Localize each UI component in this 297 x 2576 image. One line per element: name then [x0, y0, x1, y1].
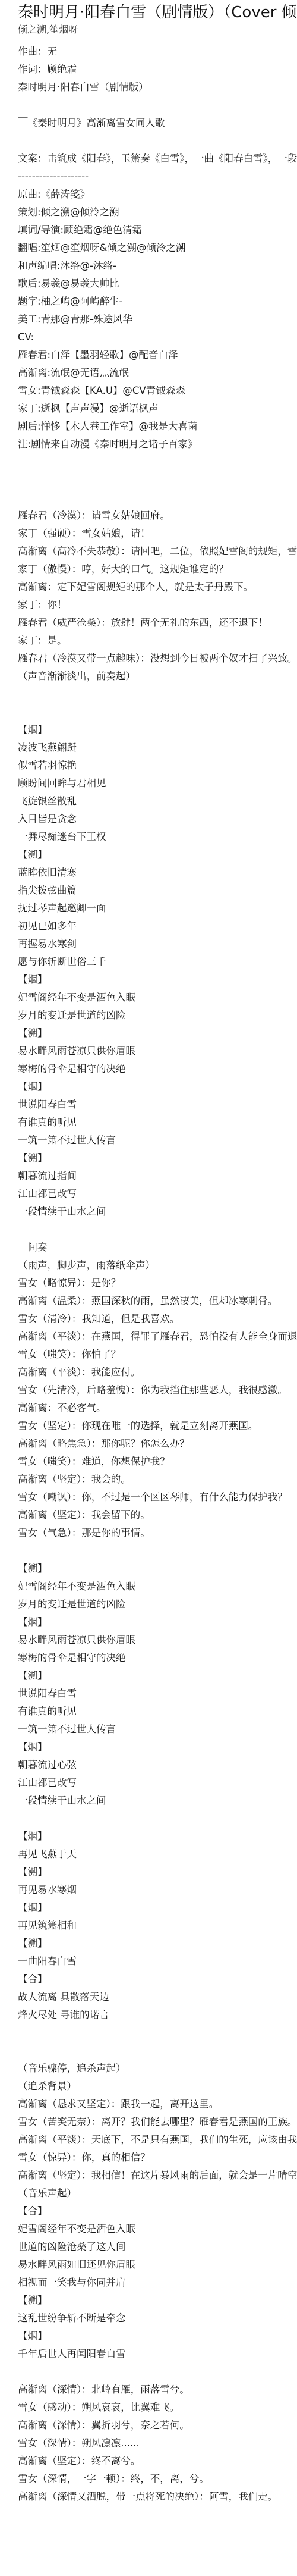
lyric-line: ￣间奏￣	[18, 1239, 297, 1256]
lyric-line: 雪女（苦笑无奈）：离开？我们能去哪里？雁春君是燕国的王族。	[18, 2113, 297, 2131]
lyric-line: 剧后:惮恀【木人巷工作室】@我是大喜菌	[18, 418, 297, 435]
lyric-line: 作曲：无	[18, 43, 297, 61]
lyric-line: 飞旋银丝散乱	[18, 792, 297, 810]
lyric-line: （音乐声起）	[18, 2185, 297, 2202]
lyric-line: （音乐骤停，追杀声起）	[18, 2060, 297, 2077]
singer-tag: 【溯】	[18, 1560, 297, 1578]
lyric-line: 朝暮流过心弦	[18, 1756, 297, 1774]
singer-tag: 【烟】	[18, 721, 297, 739]
singer-tag: 【烟】	[18, 1078, 297, 1096]
lyric-line: 家丁（强硬）：雪女姑娘，请！	[18, 525, 297, 543]
lyric-line: 凌波飞燕翩跹	[18, 739, 297, 757]
lyric-line: 雪女（坚定）：你现在唯一的选择，就是立刻离开燕国。	[18, 1417, 297, 1435]
lyric-line: 高渐离（坚定）：我会的。	[18, 1471, 297, 1488]
lyric-line: 雪女（嘲讽）：你，不过是一个区区琴师，有什么能力保护我？	[18, 1488, 297, 1506]
lyric-line: 千年后世人再闻阳春白雪	[18, 2345, 297, 2363]
lyric-line: 再见飞燕于天	[18, 1845, 297, 1863]
blank-line	[18, 1542, 297, 1560]
blank-line	[18, 453, 297, 471]
lyric-line: 一曲阳春白雪	[18, 1953, 297, 1970]
lyric-line: 故人流离 具散落天边	[18, 1988, 297, 2006]
lyric-line: 家丁：是。	[18, 632, 297, 650]
lyric-line: （雨声，脚步声，雨落纸伞声）	[18, 1256, 297, 1274]
lyric-line: 高渐离（坚定）：我会留下的。	[18, 1506, 297, 1524]
lyric-line: 雪女（惊异）：你，真的相信？	[18, 2149, 297, 2167]
lyric-line: CV:	[18, 328, 297, 346]
lyric-line: 家丁：你！	[18, 596, 297, 614]
lyric-line: 易水畔风雨苍凉只供你眉眼	[18, 1042, 297, 1060]
lyric-line: 雪女（气急）：那是你的事情。	[18, 1524, 297, 1542]
lyric-line: 高渐离：定下妃雪阁规矩的那个人，就是太子丹殿下。	[18, 578, 297, 596]
singer-tag: 【溯】	[18, 2292, 297, 2309]
lyric-line: 妃雪阁经年不变是酒色入眠	[18, 989, 297, 1007]
lyric-line: 雪女（先清冷，后略羞愧）：你为我挡住那些恶人，我很感激。	[18, 1381, 297, 1399]
lyric-line: 妃雪阁经年不变是酒色入眠	[18, 1578, 297, 1596]
lyric-line: 世道的凶险沧桑了这人间	[18, 2238, 297, 2256]
lyric-line: 一筑一箫不过世人传言	[18, 1132, 297, 1149]
lyric-line: 雪女（深情）：朔风凛凛......	[18, 2434, 297, 2452]
singer-tag: 【烟】	[18, 1899, 297, 1917]
song-title: 秦时明月·阳春白雪（剧情版）（Cover 倾之溯,笙烟呀）	[18, 2, 297, 23]
lyric-line: 高渐离：不必客气。	[18, 1399, 297, 1417]
lyrics-body: 作曲：无作词：顾绝霜秦时明月·阳春白雪（剧情版）￣《秦时明月》高渐离雪女同人歌文…	[18, 43, 297, 2506]
blank-line	[18, 132, 297, 150]
lyric-line: 烽火尽处 寻谁的诺言	[18, 2006, 297, 2024]
lyrics-document: 秦时明月·阳春白雪（剧情版）（Cover 倾之溯,笙烟呀） 倾之溯,笙烟呀 作曲…	[0, 0, 297, 2506]
lyric-line: 似雪若羽惊艳	[18, 757, 297, 775]
lyric-line: 填词/导演:顾绝霜@绝色清霜	[18, 221, 297, 239]
lyric-line: 雪女（略惊异）：是你？	[18, 1274, 297, 1292]
lyric-line: 高渐离（平淡）：我能应付。	[18, 1364, 297, 1381]
blank-line	[18, 489, 297, 507]
lyric-line: 入目皆是贪念	[18, 810, 297, 828]
lyric-line: 雪女（嗤笑）：你怕了？	[18, 1346, 297, 1364]
lyric-line: 一舞尽痴迷台下王权	[18, 828, 297, 846]
lyric-line: 秦时明月·阳春白雪（剧情版）	[18, 79, 297, 96]
lyric-line: 寒梅的骨伞是相守的决绝	[18, 1649, 297, 1667]
singer-tag: 【溯】	[18, 1935, 297, 1953]
lyric-line: 高渐离（深情又洒脱，带一点将死的决绝）：阿雪，我们走。	[18, 2488, 297, 2506]
lyric-line: 有谁真的听见	[18, 1703, 297, 1721]
lyric-line: 注:剧情来自动漫《秦时明月之诸子百家》	[18, 435, 297, 453]
lyric-line: 雁春君（冷漠）：请雪女姑娘回府。	[18, 507, 297, 525]
lyric-line: 再见筑箫相和	[18, 1917, 297, 1935]
lyric-line: 雁春君（威严沧桑）：放肆！两个无礼的东西，还不退下！	[18, 614, 297, 632]
lyric-line: 再见易水寒烟	[18, 1881, 297, 1899]
lyric-line: 世说阳春白雪	[18, 1096, 297, 1114]
lyric-line: 愿与你斩断世俗三千	[18, 953, 297, 971]
lyric-line: 易水畔风雨如旧还见你眉眼	[18, 2256, 297, 2274]
lyric-line: 雪女:青钺森森【KA.U】@CV青钺森森	[18, 382, 297, 400]
lyric-line: 高渐离（坚定）：我相信！在这片暴风雨的后面，就会是一片晴空。	[18, 2167, 297, 2185]
lyric-line: 高渐离（深情）：翼折羽兮，奈之若何。	[18, 2417, 297, 2434]
lyric-line: --------------------	[18, 168, 297, 186]
lyric-line: 家丁（傲慢）：哼，好大的口气。这规矩谁定的？	[18, 560, 297, 578]
lyric-line: 和声编唱:沐络@-沐络-	[18, 257, 297, 275]
lyric-line: 易水畔风雨苍凉只供你眉眼	[18, 1631, 297, 1649]
lyric-line: 朝暮流过指间	[18, 1167, 297, 1185]
lyric-line: 初见已如多年	[18, 917, 297, 935]
blank-line	[18, 96, 297, 114]
lyric-line: 再握易水寒剑	[18, 935, 297, 953]
blank-line	[18, 471, 297, 489]
lyric-line: 岁月的变迁是世道的凶险	[18, 1007, 297, 1024]
lyric-line: 高渐离（平淡）：在燕国，得罪了雁春君，恐怕没有人能全身而退。	[18, 1328, 297, 1346]
blank-line	[18, 703, 297, 721]
singer-tag: 【烟】	[18, 971, 297, 989]
lyric-line: 江山都已改写	[18, 1774, 297, 1792]
lyric-line: 一筑一箫不过世人传言	[18, 1721, 297, 1738]
singer-tag: 【溯】	[18, 1667, 297, 1685]
lyric-line: 高渐离（平淡）：天底下，不是只有燕国，我们的生死，应该由我们自己决定。	[18, 2131, 297, 2149]
lyric-line: 高渐离（恳求又坚定）：跟我一起，离开这里。	[18, 2095, 297, 2113]
lyric-line: 文案：击筑成《阳春》，玉箫奏《白雪》，一曲《阳春白雪》，一段生死情缘。	[18, 150, 297, 168]
lyric-line: 高渐离（温柔）：燕国深秋的雨，虽然凄美，但却冰寒刺骨。	[18, 1292, 297, 1310]
lyric-line: 指尖拨弦曲篇	[18, 882, 297, 900]
blank-line	[18, 2024, 297, 2042]
lyric-line: 雪女（感动）：朔风哀哀，比翼难飞。	[18, 2399, 297, 2417]
singer-tag: 【溯】	[18, 1863, 297, 1881]
blank-line	[18, 685, 297, 703]
lyric-line: 美工:青那@青那-殊途风华	[18, 311, 297, 328]
lyric-line: ￣《秦时明月》高渐离雪女同人歌	[18, 114, 297, 132]
lyric-line: 高渐离:流氓@无语灬流氓	[18, 364, 297, 382]
lyric-line: 策划:倾之溯@倾泠之溯	[18, 203, 297, 221]
lyric-line: 高渐离（深情）：北岭有雁，雨落雪兮。	[18, 2381, 297, 2399]
singer-tag: 【溯】	[18, 1149, 297, 1167]
lyric-line: 高渐离（高冷不失恭敬）：请回吧，二位，依照妃雪阁的规矩，雪女姑娘不会出阁的。	[18, 543, 297, 560]
blank-line	[18, 2042, 297, 2060]
lyric-line: 世说阳春白雪	[18, 1685, 297, 1703]
singer-tag: 【溯】	[18, 846, 297, 864]
singer-tag: 【烟】	[18, 1613, 297, 1631]
lyric-line: （声音渐渐淡出，前奏起）	[18, 667, 297, 685]
lyric-line: 一段情续于山水之间	[18, 1792, 297, 1810]
blank-line	[18, 1221, 297, 1239]
singer-tag: 【烟】	[18, 2327, 297, 2345]
lyric-line: 蓝眸依旧清寒	[18, 864, 297, 882]
lyric-line: 作词：顾绝霜	[18, 61, 297, 79]
lyric-line: 雪女（清冷）：我知道，但是我喜欢。	[18, 1310, 297, 1328]
lyric-line: 妃雪阁经年不变是酒色入眠	[18, 2220, 297, 2238]
lyric-line: 高渐离（坚定）：终不离兮。	[18, 2452, 297, 2470]
lyric-line: 顾盼间回眸与君相见	[18, 775, 297, 792]
lyric-line: 高渐离（略焦急）：那你呢？你怎么办？	[18, 1435, 297, 1453]
blank-line	[18, 2363, 297, 2381]
lyric-line: 抚过琴声起邀卿一面	[18, 900, 297, 917]
lyric-line: 寒梅的骨伞是相守的决绝	[18, 1060, 297, 1078]
lyric-line: 原曲:《薛涛笺》	[18, 186, 297, 203]
lyric-line: 翻唱:笙烟@笙烟呀&倾之溯@倾泠之溯	[18, 239, 297, 257]
lyric-line: 家丁:逝枫【声声漫】@逝语枫声	[18, 400, 297, 418]
lyric-line: 歌后:易羲@易羲大帅比	[18, 275, 297, 293]
blank-line	[18, 1810, 297, 1828]
artist-name: 倾之溯,笙烟呀	[18, 23, 297, 37]
singer-tag: 【合】	[18, 2202, 297, 2220]
lyric-line: 雪女（深情，一字一顿）：终，不，离，兮。	[18, 2470, 297, 2488]
lyric-line: 相视而一笑我与你同并肩	[18, 2274, 297, 2292]
lyric-line: 题字:柚之屿@阿屿醉生-	[18, 293, 297, 311]
lyric-line: 雪女（嗤笑）：难道，你想保护我？	[18, 1453, 297, 1471]
lyric-line: 一段情续于山水之间	[18, 1203, 297, 1221]
singer-tag: 【烟】	[18, 1828, 297, 1845]
lyric-line: 岁月的变迁是世道的凶险	[18, 1596, 297, 1613]
lyric-line: （追杀背景）	[18, 2077, 297, 2095]
lyric-line: 雁春君（冷漠又带一点趣味）：没想到今日被两个奴才扫了兴致。	[18, 650, 297, 667]
lyric-line: 有谁真的听见	[18, 1114, 297, 1132]
lyric-line: 江山都已改写	[18, 1185, 297, 1203]
lyric-line: 雁春君:白泽【墨羽轻歌】@配音白泽	[18, 346, 297, 364]
singer-tag: 【合】	[18, 1970, 297, 1988]
singer-tag: 【溯】	[18, 1024, 297, 1042]
lyric-line: 这乱世纷争斩不断是牵念	[18, 2309, 297, 2327]
singer-tag: 【烟】	[18, 1738, 297, 1756]
